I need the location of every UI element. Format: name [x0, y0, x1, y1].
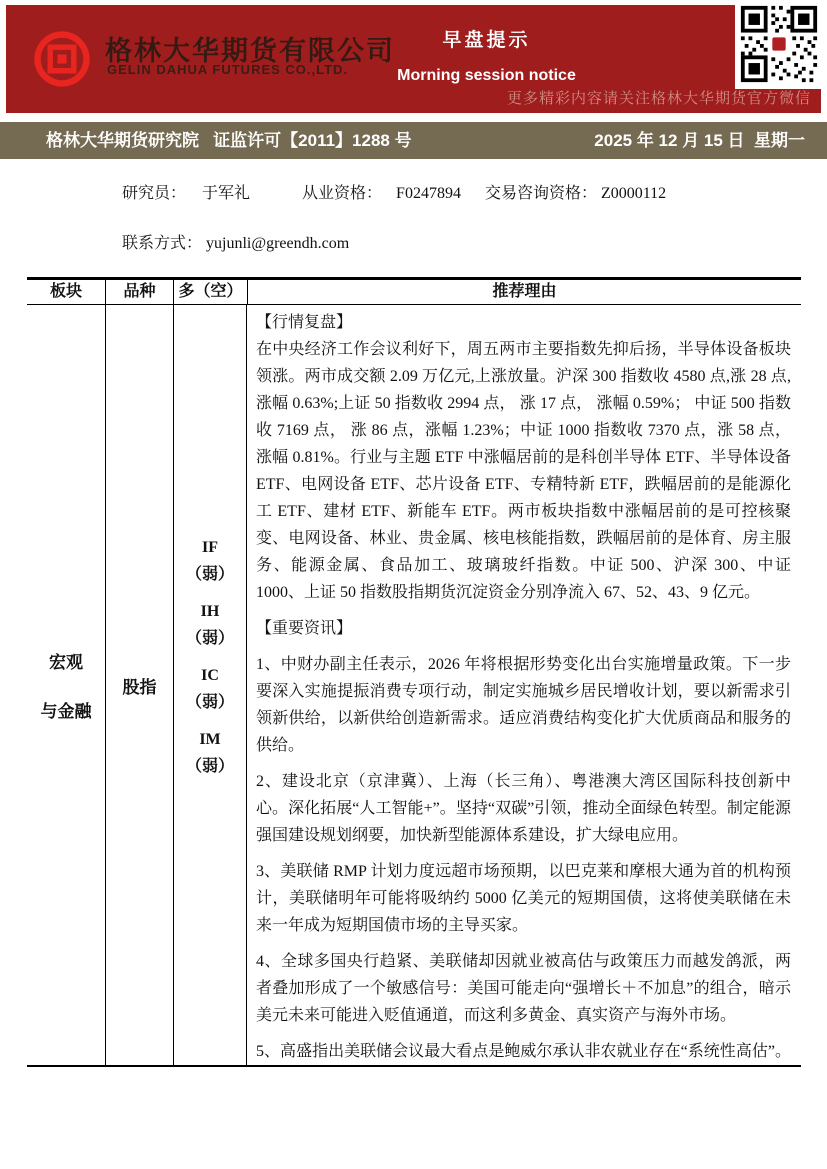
section-title-market-review: 【行情复盘】: [256, 309, 791, 336]
notice-title-en: Morning session notice: [374, 67, 599, 85]
wechat-qr-code: [735, 0, 823, 89]
header-variety: 品种: [106, 280, 174, 304]
recommendation-table: 板块 品种 多（空） 推荐理由 宏观 与金融 股指 IF （弱） IH （弱） …: [27, 277, 801, 1067]
institute-license-text: 格林大华期货研究院 证监许可【2011】1288 号: [46, 122, 412, 159]
sector-cell: 宏观 与金融: [27, 305, 106, 1065]
position-code: IM: [186, 726, 234, 753]
position-im: IM （弱）: [186, 726, 234, 780]
qualification-number: F0247894: [396, 185, 461, 202]
report-date: 2025 年 12 月 15 日 星期一: [594, 122, 805, 159]
variety-label: 股指: [123, 673, 157, 698]
researcher-label: 研究员：: [122, 185, 186, 202]
advisory-label: 交易咨询资格：: [485, 185, 597, 202]
news-paragraph-3: 3、美联储 RMP 计划力度远超市场预期，以巴克莱和摩根大通为首的机构预计，美联…: [256, 858, 791, 939]
company-logo-icon: [33, 30, 91, 88]
position-strength: （弱）: [186, 561, 234, 588]
position-code: IH: [186, 598, 234, 625]
position-strength: （弱）: [186, 753, 234, 780]
contact-info-line: 联系方式：yujunli@greendh.com: [122, 230, 349, 253]
table-header-row: 板块 品种 多（空） 推荐理由: [27, 280, 801, 305]
morning-notice-document: { "colors": { "banner_red": "#a01d1d", "…: [0, 0, 827, 1169]
company-name-en: GELIN DAHUA FUTURES CO.,LTD.: [107, 62, 348, 77]
notice-title-block: 早盘提示 Morning session notice: [374, 25, 599, 85]
header-reason: 推荐理由: [248, 280, 801, 304]
notice-title-cn: 早盘提示: [374, 25, 599, 52]
news-paragraph-5: 5、高盛指出美联储会议最大看点是鲍威尔承认非农就业存在“系统性高估”。目前官方数…: [256, 1038, 791, 1065]
position-strength: （弱）: [186, 625, 234, 652]
position-code: IC: [186, 662, 234, 689]
wechat-follow-note: 更多精彩内容请关注格林大华期货官方微信: [507, 87, 811, 108]
contact-email: yujunli@greendh.com: [206, 235, 349, 252]
position-if: IF （弱）: [186, 534, 234, 588]
position-ih: IH （弱）: [186, 598, 234, 652]
advisory-number: Z0000112: [601, 185, 666, 202]
header-banner: 格林大华期货有限公司 GELIN DAHUA FUTURES CO.,LTD. …: [6, 5, 821, 113]
qr-code-icon: [739, 4, 819, 84]
variety-cell: 股指: [106, 305, 174, 1065]
contact-label: 联系方式：: [122, 235, 202, 252]
qualification-label: 从业资格：: [302, 185, 382, 202]
section-title-important-news: 【重要资讯】: [256, 615, 791, 642]
news-paragraph-2: 2、建设北京（京津冀）、上海（长三角）、粤港澳大湾区国际科技创新中心。深化拓展“…: [256, 768, 791, 849]
researcher-name: 于军礼: [202, 185, 250, 202]
sector-line2: 与金融: [41, 697, 92, 722]
table-row: 宏观 与金融 股指 IF （弱） IH （弱） IC （弱） IM （弱）: [27, 305, 801, 1065]
position-cell: IF （弱） IH （弱） IC （弱） IM （弱）: [174, 305, 247, 1065]
position-strength: （弱）: [186, 689, 234, 716]
news-paragraph-4: 4、全球多国央行趋紧、美联储却因就业被高估与政策压力而越发鸽派，两者叠加形成了一…: [256, 948, 791, 1029]
market-review-paragraph: 在中央经济工作会议利好下，周五两市主要指数先抑后扬，半导体设备板块领涨。两市成交…: [256, 336, 791, 606]
license-date-bar: 格林大华期货研究院 证监许可【2011】1288 号 2025 年 12 月 1…: [0, 122, 827, 159]
header-sector: 板块: [27, 280, 106, 304]
news-paragraph-1: 1、中财办副主任表示，2026 年将根据形势变化出台实施增量政策。下一步要深入实…: [256, 651, 791, 759]
researcher-info-line: 研究员：于军礼从业资格：F0247894交易咨询资格：Z0000112: [122, 180, 666, 203]
sector-line1: 宏观: [49, 648, 83, 673]
position-ic: IC （弱）: [186, 662, 234, 716]
header-position: 多（空）: [174, 280, 248, 304]
position-code: IF: [186, 534, 234, 561]
reason-cell: 【行情复盘】 在中央经济工作会议利好下，周五两市主要指数先抑后扬，半导体设备板块…: [247, 305, 801, 1065]
